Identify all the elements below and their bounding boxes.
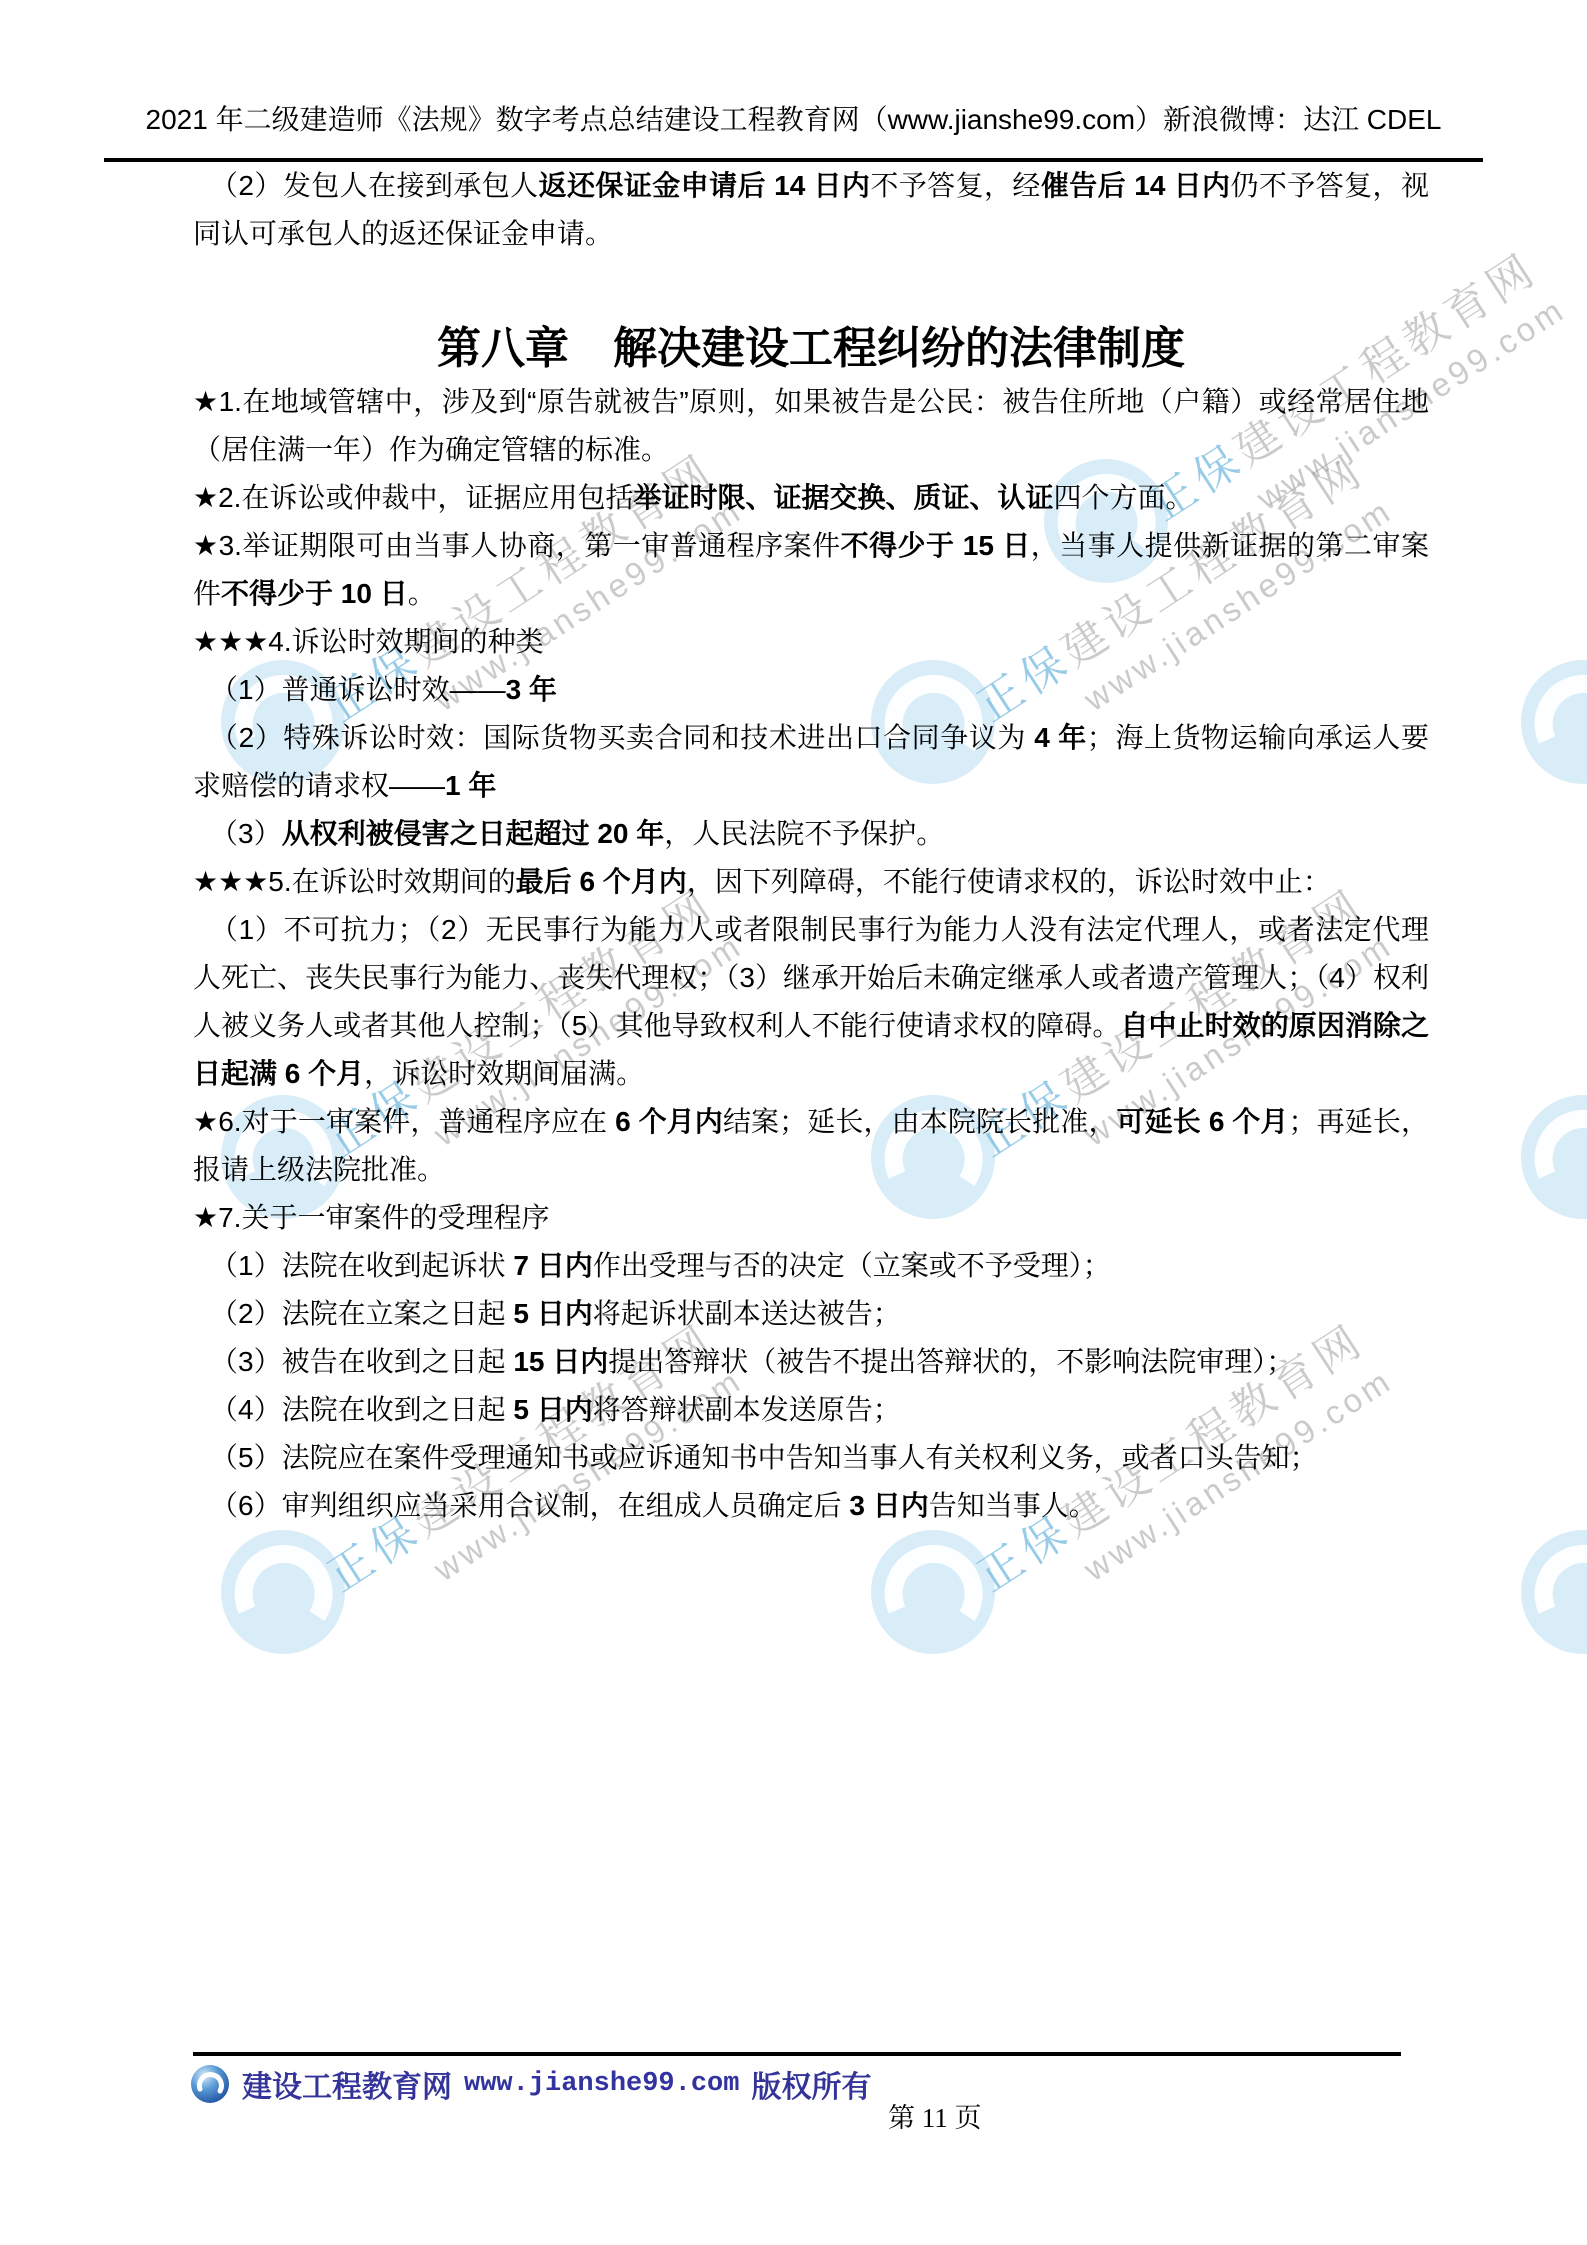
text-run-bold: 催告后 14 日内 <box>1041 170 1231 201</box>
text-run: （4）法院在收到之日起 <box>210 1394 513 1425</box>
text-run-bold: 5 日内 <box>513 1394 592 1425</box>
document-body: （2）发包人在接到承包人返还保证金申请后 14 日内不予答复，经催告后 14 日… <box>193 162 1429 1530</box>
paragraph-list: （3）从权利被侵害之日起超过 20 年，人民法院不予保护。 <box>193 810 1429 858</box>
text-run: 四个方面。 <box>1053 482 1193 513</box>
text-run: ★7.关于一审案件的受理程序 <box>193 1202 549 1233</box>
text-run-bold: 举证时限、证据交换、质证、认证 <box>633 482 1053 513</box>
paragraph-list: （2）法院在立案之日起 5 日内将起诉状副本送达被告； <box>193 1290 1429 1338</box>
site-logo-icon <box>190 2064 230 2104</box>
text-run-bold: 可延长 6 个月 <box>1117 1106 1289 1137</box>
text-run-bold: 7 日内 <box>513 1250 592 1281</box>
footer: 建设工程教育网 www.jianshe99.com 版权所有 <box>190 2062 871 2106</box>
paragraph-list: （6）审判组织应当采用合议制，在组成人员确定后 3 日内告知当事人。 <box>193 1482 1429 1530</box>
page-header: 2021 年二级建造师《法规》数字考点总结建设工程教育网（www.jianshe… <box>104 0 1483 140</box>
text-run: （5）法院应在案件受理通知书或应诉通知书中告知当事人有关权利义务，或者口头告知； <box>210 1442 1318 1473</box>
footer-site-name: 建设工程教育网 <box>242 2062 452 2106</box>
footer-divider <box>193 2052 1401 2056</box>
text-run-bold: 从权利被侵害之日起超过 20 年 <box>282 818 665 849</box>
paragraph-list: （1）普通诉讼时效——3 年 <box>193 666 1429 714</box>
text-run-bold: 3 年 <box>506 674 557 705</box>
text-run: （1）普通诉讼时效—— <box>210 674 506 705</box>
paragraph-list: （4）法院在收到之日起 5 日内将答辩状副本发送原告； <box>193 1386 1429 1434</box>
text-run: 作出受理与否的决定（立案或不予受理）； <box>593 1250 1111 1281</box>
text-run: ★★★5.在诉讼时效期间的 <box>193 866 516 897</box>
paragraph-star: ★3.举证期限可由当事人协商，第一审普通程序案件不得少于 15 日，当事人提供新… <box>193 522 1429 618</box>
paragraph-list: （3）被告在收到之日起 15 日内提出答辩状（被告不提出答辩状的，不影响法院审理… <box>193 1338 1429 1386</box>
text-run: ★1.在地域管辖中，涉及到“原告就被告”原则，如果被告是公民：被告住所地（户籍）… <box>193 386 1429 465</box>
text-run: 提出答辩状（被告不提出答辩状的，不影响法院审理）； <box>608 1346 1294 1377</box>
text-run-bold: 3 日内 <box>849 1490 928 1521</box>
paragraph-list: （1）法院在收到起诉状 7 日内作出受理与否的决定（立案或不予受理）； <box>193 1242 1429 1290</box>
text-run: ，诉讼时效期间届满。 <box>364 1058 644 1089</box>
paragraph-star: ★1.在地域管辖中，涉及到“原告就被告”原则，如果被告是公民：被告住所地（户籍）… <box>193 378 1429 474</box>
text-run-bold: 1 年 <box>445 770 496 801</box>
text-run: ，因下列障碍，不能行使请求权的，诉讼时效中止： <box>687 866 1331 897</box>
text-run: 结案；延长，由本院院长批准， <box>723 1106 1117 1137</box>
text-run: 将答辩状副本发送原告； <box>593 1394 901 1425</box>
text-run-bold: 4 年 <box>1034 722 1086 753</box>
text-run: （3）被告在收到之日起 <box>210 1346 513 1377</box>
page-number: 第 11 页 <box>888 2096 982 2135</box>
text-run: （3） <box>210 818 282 849</box>
text-run: ，人民法院不予保护。 <box>664 818 944 849</box>
text-run: 将起诉状副本送达被告； <box>593 1298 901 1329</box>
text-run: ★★★4.诉讼时效期间的种类 <box>193 626 544 657</box>
document-page: 2021 年二级建造师《法规》数字考点总结建设工程教育网（www.jianshe… <box>0 0 1587 2245</box>
text-run: （2）特殊诉讼时效：国际货物买卖合同和技术进出口合同争议为 <box>210 722 1034 753</box>
text-run: 。 <box>408 578 436 609</box>
paragraph-star: ★6.对于一审案件，普通程序应在 6 个月内结案；延长，由本院院长批准，可延长 … <box>193 1098 1429 1194</box>
text-run: ★6.对于一审案件，普通程序应在 <box>193 1106 615 1137</box>
text-run: 不予答复，经 <box>870 170 1041 201</box>
text-run-bold: 返还保证金申请后 14 日内 <box>539 170 871 201</box>
paragraph-star: ★7.关于一审案件的受理程序 <box>193 1194 1429 1242</box>
text-run-bold: 15 日内 <box>513 1346 608 1377</box>
text-run: （6）审判组织应当采用合议制，在组成人员确定后 <box>210 1490 849 1521</box>
paragraph-star: ★★★5.在诉讼时效期间的最后 6 个月内，因下列障碍，不能行使请求权的，诉讼时… <box>193 858 1429 906</box>
text-run: （2）法院在立案之日起 <box>210 1298 513 1329</box>
text-run: 告知当事人。 <box>929 1490 1097 1521</box>
chapter-title: 第八章 解决建设工程纠纷的法律制度 <box>193 320 1429 378</box>
footer-site-url: www.jianshe99.com <box>464 2069 739 2099</box>
text-run: （1）法院在收到起诉状 <box>210 1250 513 1281</box>
text-run: ★3.举证期限可由当事人协商，第一审普通程序案件 <box>193 530 841 561</box>
paragraph-list: （2）特殊诉讼时效：国际货物买卖合同和技术进出口合同争议为 4 年；海上货物运输… <box>193 714 1429 810</box>
footer-copyright: 版权所有 <box>751 2062 871 2106</box>
text-run-bold: 6 个月内 <box>615 1106 723 1137</box>
paragraph-star: ★2.在诉讼或仲裁中，证据应用包括举证时限、证据交换、质证、认证四个方面。 <box>193 474 1429 522</box>
paragraph-cont: （1）不可抗力；（2）无民事行为能力人或者限制民事行为能力人没有法定代理人，或者… <box>193 906 1429 1098</box>
text-run-bold: 不得少于 15 日 <box>841 530 1031 561</box>
text-run-bold: 不得少于 10 日 <box>221 578 408 609</box>
text-run: （2）发包人在接到承包人 <box>210 170 539 201</box>
paragraph-list: （5）法院应在案件受理通知书或应诉通知书中告知当事人有关权利义务，或者口头告知； <box>193 1434 1429 1482</box>
text-run-bold: 最后 6 个月内 <box>516 866 687 897</box>
text-run-bold: 5 日内 <box>513 1298 592 1329</box>
paragraph-intro: （2）发包人在接到承包人返还保证金申请后 14 日内不予答复，经催告后 14 日… <box>193 162 1429 258</box>
paragraph-star: ★★★4.诉讼时效期间的种类 <box>193 618 1429 666</box>
text-run: ★2.在诉讼或仲裁中，证据应用包括 <box>193 482 633 513</box>
